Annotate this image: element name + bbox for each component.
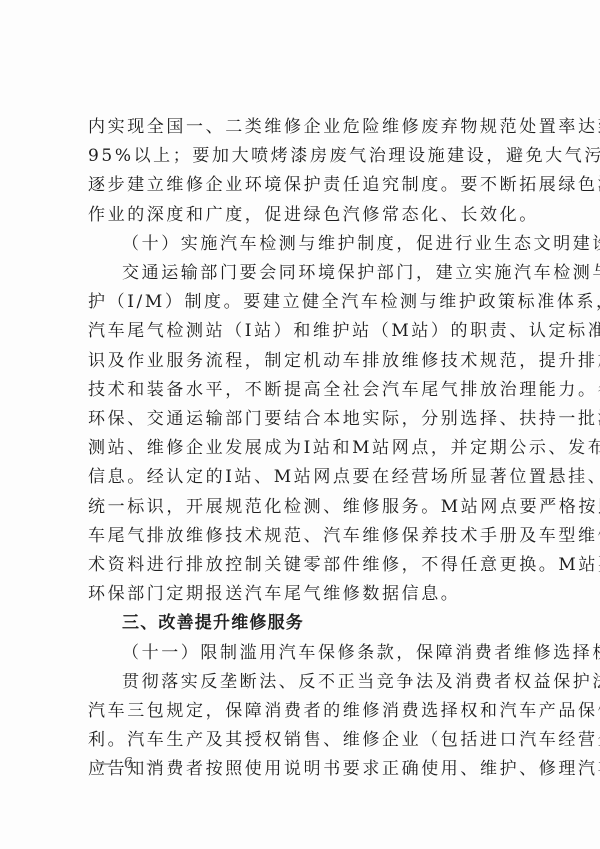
section-heading: 三、改善提升维修服务 xyxy=(122,612,528,634)
page-number: — 6 — xyxy=(96,754,165,772)
text-line: 汽车三包规定，保障消费者的维修消费选择权和汽车产品保修权 xyxy=(88,700,528,722)
text-line: 环保、交通运输部门要结合本地实际，分别选择、扶持一批汽车检 xyxy=(88,408,528,430)
text-line: 识及作业服务流程，制定机动车排放维修技术规范，提升排放维修 xyxy=(88,350,528,372)
text-line: 贯彻落实反垄断法、反不正当竞争法及消费者权益保护法和 xyxy=(122,671,528,693)
text-line: 统一标识，开展规范化检测、维修服务。M站网点要严格按照汽 xyxy=(88,496,528,518)
text-line: 利。汽车生产及其授权销售、维修企业（包括进口汽车经营企业） xyxy=(88,729,528,751)
text-line: 技术和装备水平，不断提高全社会汽车尾气排放治理能力。各地 xyxy=(88,379,528,401)
text-line: 术资料进行排放控制关键零部件维修，不得任意更换。M站要向 xyxy=(88,554,528,576)
text-line: 测站、维修企业发展成为I站和M站网点，并定期公示、发布网点 xyxy=(88,437,528,459)
text-line: 交通运输部门要会同环境保护部门，建立实施汽车检测与维 xyxy=(122,262,528,284)
text-line: 车尾气排放维修技术规范、汽车维修保养技术手册及车型维修技 xyxy=(88,525,528,547)
text-line: 95%以上；要加大喷烤漆房废气治理设施建设，避免大气污染。要 xyxy=(88,145,528,167)
document-page: 内实现全国一、二类维修企业危险维修废弃物规范处置率达到95%以上；要加大喷烤漆房… xyxy=(0,0,600,849)
text-line: 汽车尾气检测站（I站）和维护站（M站）的职责、认定标准、统一标 xyxy=(88,320,528,342)
text-line: 环保部门定期报送汽车尾气维修数据信息。 xyxy=(88,583,528,605)
text-line: 逐步建立维修企业环境保护责任追究制度。要不断拓展绿色汽修 xyxy=(88,174,528,196)
text-line: 作业的深度和广度，促进绿色汽修常态化、长效化。 xyxy=(88,204,528,226)
text-line: （十）实施汽车检测与维护制度，促进行业生态文明建设。 xyxy=(122,233,528,255)
text-line: 信息。经认定的I站、M站网点要在经营场所显著位置悬挂、张贴 xyxy=(88,466,528,488)
text-line: 内实现全国一、二类维修企业危险维修废弃物规范处置率达到 xyxy=(88,116,528,138)
text-line: （十一）限制滥用汽车保修条款，保障消费者维修选择权。 xyxy=(122,642,528,664)
text-line: 护（I/M）制度。要建立健全汽车检测与维护政策标准体系，明确 xyxy=(88,291,528,313)
